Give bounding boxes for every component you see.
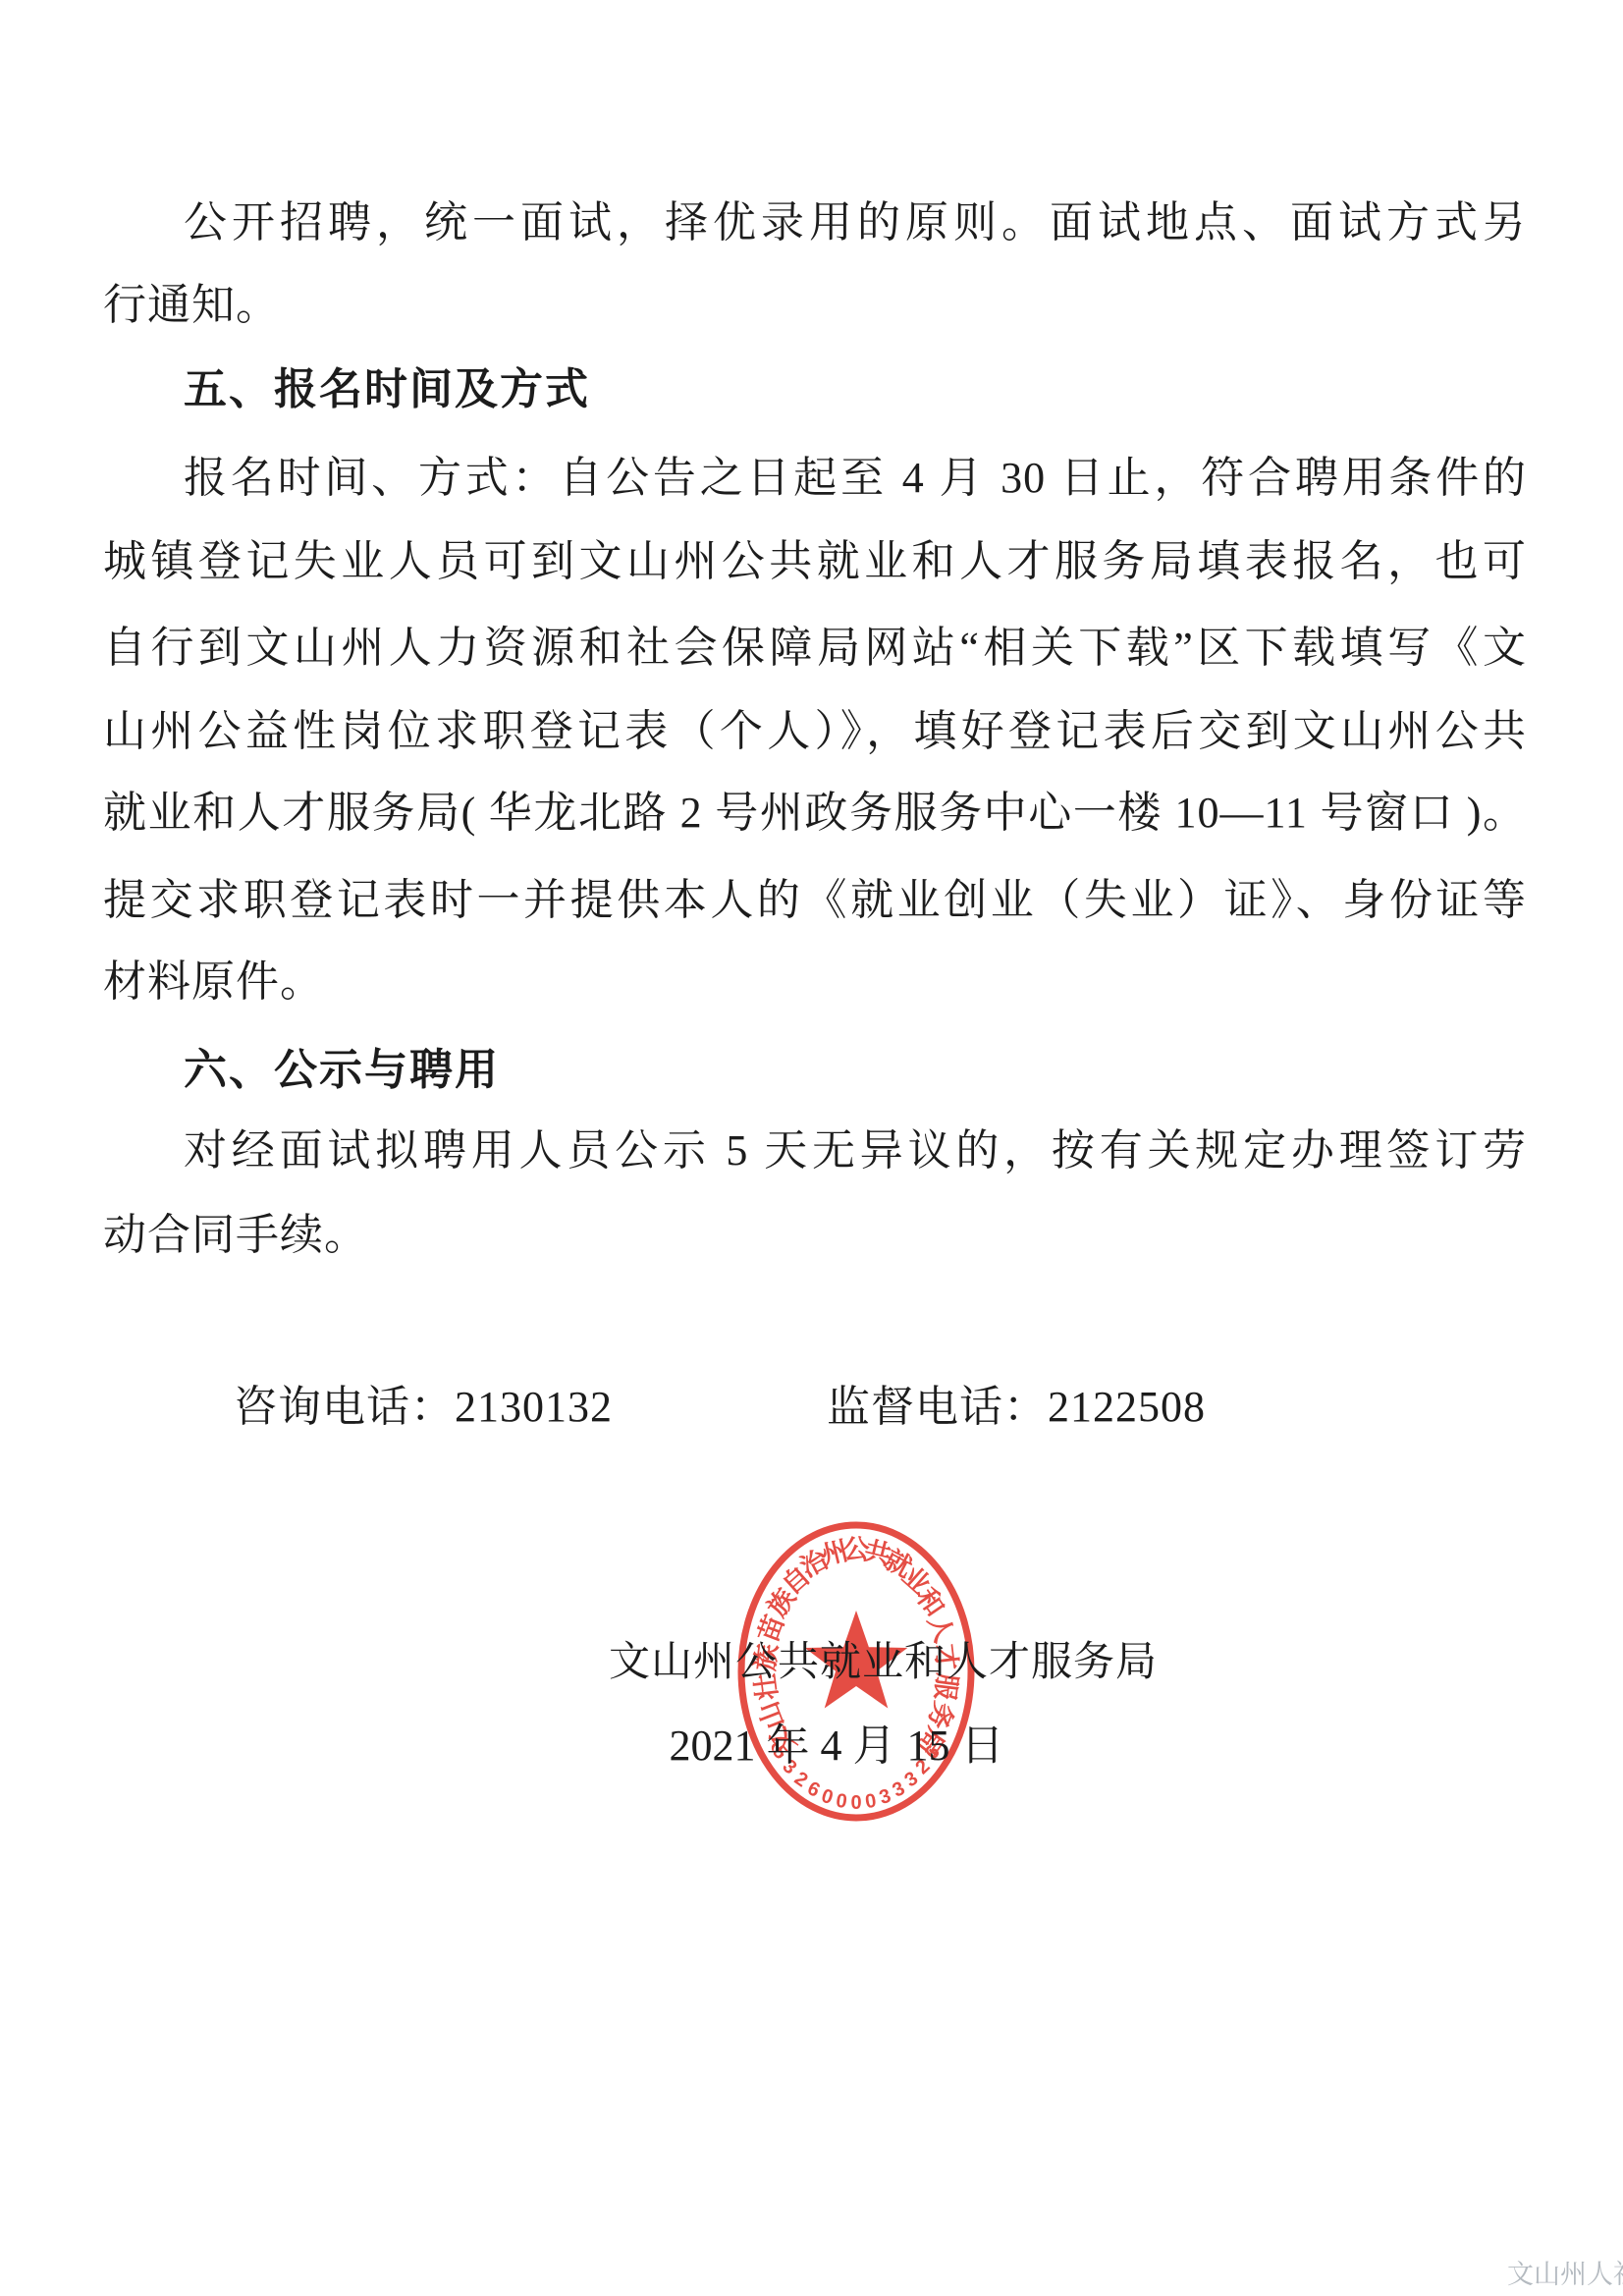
svg-text:0: 0: [819, 1785, 836, 1809]
document-line: 行通知。: [103, 276, 1527, 335]
supervise-phone: 监督电话：2122508: [827, 1383, 1206, 1431]
section-heading-5: 五、报名时间及方式: [103, 360, 1527, 419]
document-line: 就业和人才服务局( 华龙北路 2 号州政务服务中心一楼 10—11 号窗口 )。: [103, 784, 1527, 843]
phone-row: 咨询电话：2130132 监督电话：2122508: [103, 1378, 1527, 1437]
document-line: 提交求职登记表时一并提供本人的《就业创业（失业）证》、身份证等: [103, 871, 1527, 930]
consult-phone: 咨询电话：2130132: [234, 1383, 613, 1431]
document-line: 自行到文山州人力资源和社会保障局网站“相关下载”区下载填写《文: [103, 619, 1527, 678]
document-page: 公开招聘，统一面试，择优录用的原则。面试地点、面试方式另 行通知。 五、报名时间…: [0, 0, 1623, 2296]
site-watermark: 文山州人社网: [1507, 2253, 1623, 2291]
svg-text:3: 3: [877, 1785, 893, 1809]
document-line: 公开招聘，统一面试，择优录用的原则。面试地点、面试方式另: [103, 193, 1527, 252]
document-line: 城镇登记失业人员可到文山州公共就业和人才服务局填表报名，也可: [103, 532, 1527, 591]
svg-text:0: 0: [864, 1790, 878, 1813]
svg-text:0: 0: [850, 1792, 861, 1814]
document-line: 动合同手续。: [103, 1206, 1527, 1265]
signature-date: 2021 年 4 月 15 日: [609, 1717, 1064, 1776]
document-line: 材料原件。: [103, 953, 1527, 1011]
document-line: 山州公益性岗位求职登记表（个人）》，填好登记表后交到文山州公共: [103, 702, 1527, 761]
section-heading-6: 六、公示与聘用: [103, 1041, 1527, 1100]
svg-text:0: 0: [835, 1790, 848, 1813]
signature-org: 文山州公共就业和人才服务局: [609, 1633, 1100, 1692]
document-line: 对经面试拟聘用人员公示 5 天无异议的，按有关规定办理签订劳: [103, 1121, 1527, 1180]
document-line: 报名时间、方式：自公告之日起至 4 月 30 日止，符合聘用条件的: [103, 449, 1527, 508]
